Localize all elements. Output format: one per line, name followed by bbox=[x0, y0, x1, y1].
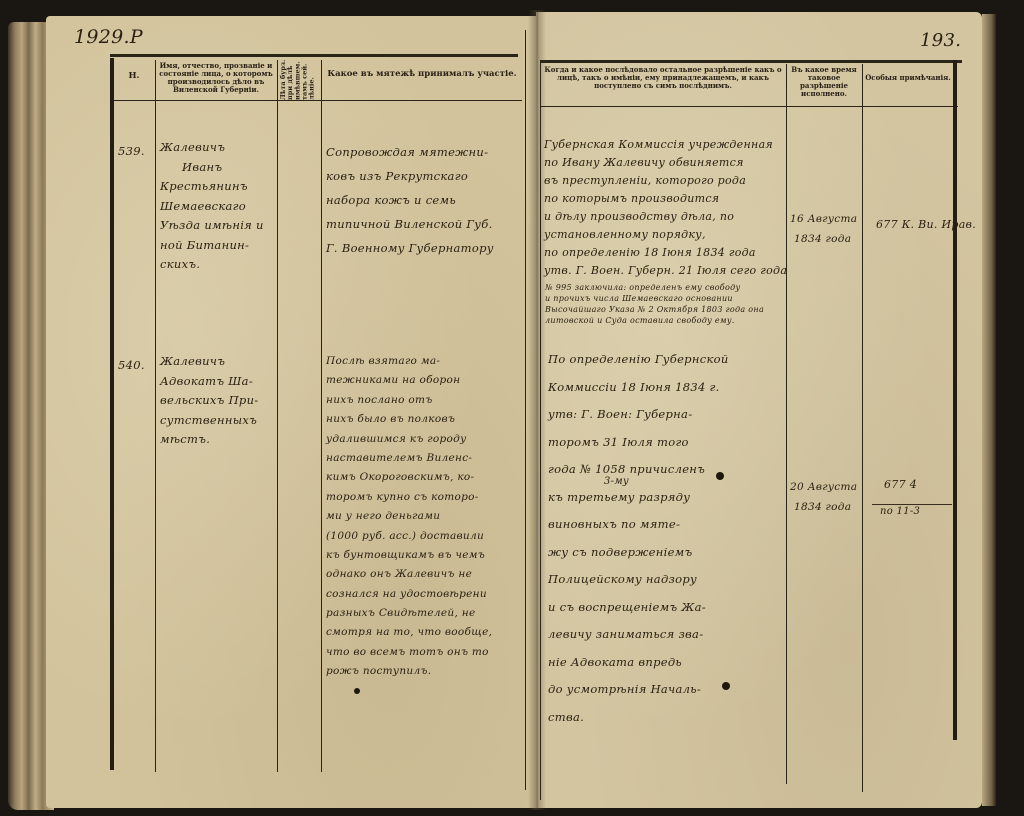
rule-col-number bbox=[155, 60, 156, 772]
record-resolution-small: № 995 заключила: определенъ ему свободу … bbox=[545, 282, 764, 326]
rule-col-executed bbox=[862, 64, 863, 792]
text-line: 1834 года bbox=[790, 230, 857, 250]
ink-blot bbox=[354, 688, 360, 694]
record-name: Жалевичъ Адвокатъ Ша- вельскихъ При- сут… bbox=[160, 352, 259, 450]
text-line: установленному порядку, bbox=[544, 226, 787, 244]
archive-mark: 1929.P bbox=[74, 26, 143, 48]
text-line: торомъ 31 Іюля того bbox=[548, 429, 729, 457]
text-line: № 995 заключила: определенъ ему свободу bbox=[545, 282, 764, 293]
text-line: жу съ подверженіемъ bbox=[548, 539, 729, 567]
record-executed: 16 Августа 1834 года bbox=[790, 210, 857, 249]
header-executed: Въ какое время таковое разрѣшеніе исполн… bbox=[787, 66, 861, 98]
record-number: 540. bbox=[118, 358, 145, 372]
text-line: что во всемъ тотъ онъ то bbox=[326, 643, 492, 662]
text-line: сутственныхъ bbox=[160, 411, 259, 431]
text-line: скихъ. bbox=[160, 255, 264, 275]
text-line: Уѣзда имѣнія и bbox=[160, 216, 264, 236]
rule-right-border bbox=[953, 60, 957, 740]
text-line: 1834 года bbox=[790, 498, 857, 518]
header-resolution: Когда и какое послѣдовало остальное разр… bbox=[541, 66, 785, 90]
header-top-rule-left bbox=[110, 54, 518, 57]
text-line: Полицейскому надзору bbox=[548, 566, 729, 594]
text-line: кимъ Окороговскимъ, ко- bbox=[326, 468, 492, 487]
text-line: мѣстъ. bbox=[160, 430, 259, 450]
text-line: (1000 руб. асс.) доставили bbox=[326, 527, 492, 546]
text-line: Высочайшаго Указа № 2 Октября 1803 года … bbox=[545, 304, 764, 315]
text-line: вельскихъ При- bbox=[160, 391, 259, 411]
text-line: литовской и Суда оставила свободу ему. bbox=[545, 315, 764, 326]
ledger-book: 1929.P 193. Н. Имя, отчество, прозваніе … bbox=[0, 0, 1024, 816]
text-line: сознался на удостовѣрени bbox=[326, 585, 492, 604]
text-line: разныхъ Свидѣтелей, не bbox=[326, 604, 492, 623]
text-line: Послѣ взятаго ма- bbox=[326, 352, 492, 371]
fraction-line bbox=[872, 504, 952, 505]
notes-fraction-bottom: по 11-3 bbox=[880, 506, 920, 517]
text-line: смотря на то, что вообще, bbox=[326, 623, 492, 642]
text-line: Коммиссіи 18 Іюня 1834 г. bbox=[548, 374, 729, 402]
record-executed: 20 Августа 1834 года bbox=[790, 478, 857, 517]
text-line: Иванъ bbox=[160, 158, 264, 178]
rule-col-name bbox=[277, 60, 278, 772]
text-line: удалившимся къ городу bbox=[326, 430, 492, 449]
text-line: левичу заниматься зва- bbox=[548, 621, 729, 649]
header-name: Имя, отчество, прозваніе и состояніе лиц… bbox=[156, 62, 276, 94]
text-line: по Ивану Жалевичу обвиняется bbox=[544, 154, 787, 172]
text-line: Сопровождая мятежни- bbox=[326, 140, 494, 164]
text-line: въ преступленіи, которого рода bbox=[544, 172, 787, 190]
text-line: до усмотрѣнія Началь- bbox=[548, 676, 729, 704]
rule-left-border bbox=[110, 58, 114, 770]
rule-col-participation bbox=[525, 30, 526, 790]
text-line: года № 1058 причисленъ bbox=[548, 456, 729, 484]
text-line: торомъ купно съ которо- bbox=[326, 488, 492, 507]
text-line: ковъ изъ Рекрутскаго bbox=[326, 164, 494, 188]
text-line: нихъ послано отъ bbox=[326, 391, 492, 410]
text-line: виновныхъ по мяте- bbox=[548, 511, 729, 539]
record-participation: Послѣ взятаго ма- тежниками на оборон ни… bbox=[326, 352, 492, 682]
header-participation: Какое въ мятежѣ принималъ участіе. bbox=[322, 70, 522, 80]
text-line: ства. bbox=[548, 704, 729, 732]
text-line: ми у него деньгами bbox=[326, 507, 492, 526]
ink-blot bbox=[716, 472, 724, 480]
text-line: Жалевичъ bbox=[160, 138, 264, 158]
text-line: тежниками на оборон bbox=[326, 371, 492, 390]
text-line: однако онъ Жалевичъ не bbox=[326, 565, 492, 584]
right-page-edge bbox=[982, 14, 996, 806]
text-line: Крестьянинъ bbox=[160, 177, 264, 197]
text-line: по которымъ производится bbox=[544, 190, 787, 208]
header-bottom-rule-right bbox=[540, 106, 958, 107]
text-line: рожъ поступилъ. bbox=[326, 662, 492, 681]
text-line: Жалевичъ bbox=[160, 352, 259, 372]
ink-blot bbox=[722, 682, 730, 690]
header-age: Лѣта бурз. при дѣлѣ имѣвшем. тамъ сей. л… bbox=[280, 58, 318, 100]
text-line: Адвокатъ Ша- bbox=[160, 372, 259, 392]
text-line: утв: Г. Воен: Губерна- bbox=[548, 401, 729, 429]
record-notes: 677 К. Ви. Ирав. bbox=[876, 218, 976, 231]
text-line: наставителемъ Виленс- bbox=[326, 449, 492, 468]
text-line: нихъ было въ полковъ bbox=[326, 410, 492, 429]
text-line: утв. Г. Воен. Губерн. 21 Іюля сего года bbox=[544, 262, 787, 280]
text-line: По определенію Губернской bbox=[548, 346, 729, 374]
text-line: Г. Военному Губернатору bbox=[326, 236, 494, 260]
text-line: и прочихъ числа Шемаевскаго основании bbox=[545, 293, 764, 304]
text-line: Губернская Коммиссія учрежденная bbox=[544, 136, 787, 154]
record-resolution: По определенію Губернской Коммиссіи 18 І… bbox=[548, 346, 729, 731]
text-line: ніе Адвоката впредь bbox=[548, 649, 729, 677]
resolution-line-text: къ третьему разряду bbox=[548, 490, 690, 504]
text-line: набора кожъ и семь bbox=[326, 188, 494, 212]
header-notes: Особыя примѣчанія. bbox=[864, 74, 952, 82]
text-line: по определенію 18 Іюня 1834 года bbox=[544, 244, 787, 262]
notes-fraction-top: 677 4 bbox=[884, 478, 917, 491]
book-gutter bbox=[528, 10, 546, 810]
rule-col-resolution-left bbox=[540, 60, 541, 800]
rule-col-age bbox=[321, 60, 322, 772]
text-line: ной Битанин- bbox=[160, 236, 264, 256]
text-line: Шемаевскаго bbox=[160, 197, 264, 217]
text-line: 20 Августа bbox=[790, 478, 857, 498]
correction-inserted: 3-му bbox=[604, 476, 629, 487]
record-number: 539. bbox=[118, 144, 145, 158]
text-line: къ бунтовщикамъ въ чемъ bbox=[326, 546, 492, 565]
page-number: 193. bbox=[920, 30, 961, 51]
header-number: Н. bbox=[116, 72, 152, 82]
text-line: и дѣлу производству дѣла, по bbox=[544, 208, 787, 226]
record-participation: Сопровождая мятежни- ковъ изъ Рекрутскаг… bbox=[326, 140, 494, 260]
text-line: типичной Виленской Губ. bbox=[326, 212, 494, 236]
record-resolution: Губернская Коммиссія учрежденная по Иван… bbox=[544, 136, 787, 280]
header-bottom-rule-left bbox=[112, 100, 522, 101]
header-top-rule-right bbox=[540, 60, 962, 63]
record-name: Жалевичъ Иванъ Крестьянинъ Шемаевскаго У… bbox=[160, 138, 264, 275]
text-line: и съ воспрещеніемъ Жа- bbox=[548, 594, 729, 622]
text-line: 16 Августа bbox=[790, 210, 857, 230]
